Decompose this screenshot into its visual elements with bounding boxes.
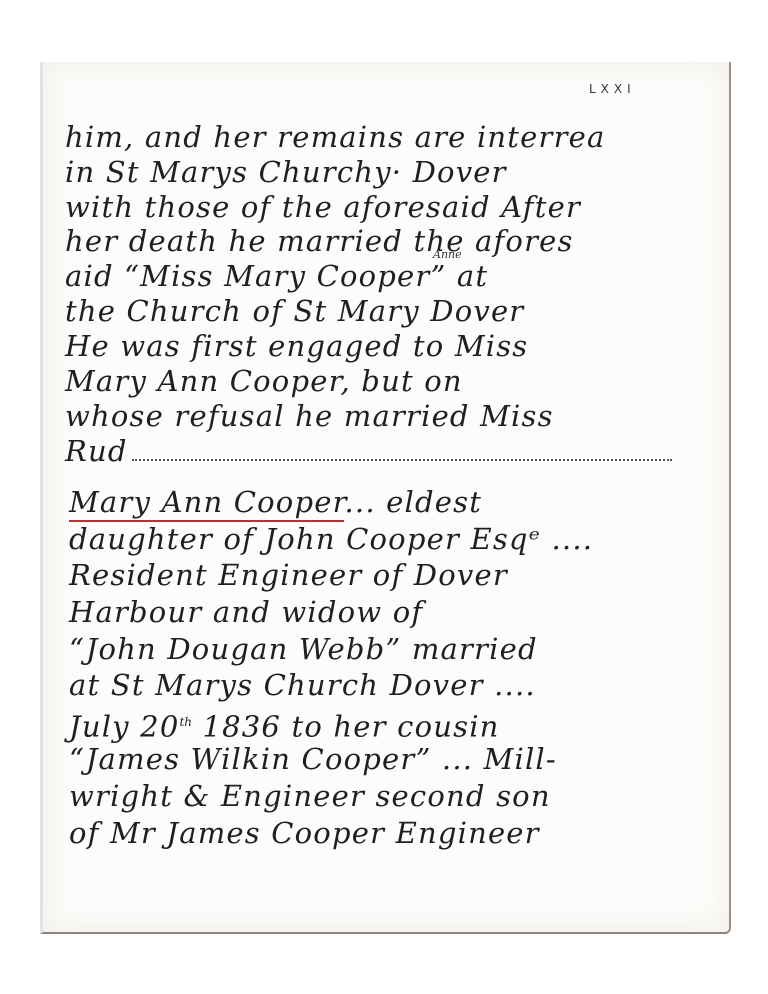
text-line-8: Mary Ann Cooper, but on xyxy=(65,364,463,398)
text-line-20: of Mr James Cooper Engineer xyxy=(69,816,540,850)
text-line-16: at St Marys Church Dover .... xyxy=(69,668,536,702)
text-line-10: Rud xyxy=(65,434,672,468)
text-line-19: wright & Engineer second son xyxy=(69,779,551,813)
text-line-1: him, and her remains are interrea xyxy=(65,120,606,154)
entry-heading-suffix: ... eldest xyxy=(344,485,482,519)
text-line-12: daughter of John Cooper Esqᵉ .... xyxy=(69,522,593,556)
text-line-17: July 20th 1836 to her cousin xyxy=(69,705,500,744)
rud-text: Rud xyxy=(65,434,128,468)
text-line-7: He was first engaged to Miss xyxy=(65,329,528,363)
folio-number: LXXI xyxy=(589,82,636,96)
dotted-rule xyxy=(132,459,672,461)
text-line-5: aid “Miss Mary Cooper” at xyxy=(65,259,488,293)
text-line-9: whose refusal he married Miss xyxy=(65,399,554,433)
entry-heading-line: Mary Ann Cooper... eldest xyxy=(69,485,482,519)
manuscript-page: LXXI him, and her remains are interrea i… xyxy=(40,62,731,934)
text-line-14: Harbour and widow of xyxy=(69,595,423,629)
july-date-text: July 20 xyxy=(69,710,179,744)
ordinal-superscript: th xyxy=(179,715,192,729)
text-line-3: with those of the aforesaid After xyxy=(65,190,581,224)
text-line-6: the Church of St Mary Dover xyxy=(65,294,524,328)
text-line-2: in St Marys Churchy· Dover xyxy=(65,155,507,189)
july-line-rest: 1836 to her cousin xyxy=(202,710,499,744)
entry-heading-name: Mary Ann Cooper xyxy=(69,485,344,522)
text-line-18: “James Wilkin Cooper” ... Mill- xyxy=(69,742,557,776)
text-line-15: “John Dougan Webb” married xyxy=(69,632,538,666)
text-line-13: Resident Engineer of Dover xyxy=(69,558,508,592)
text-line-4: her death he married the afores xyxy=(65,224,574,258)
